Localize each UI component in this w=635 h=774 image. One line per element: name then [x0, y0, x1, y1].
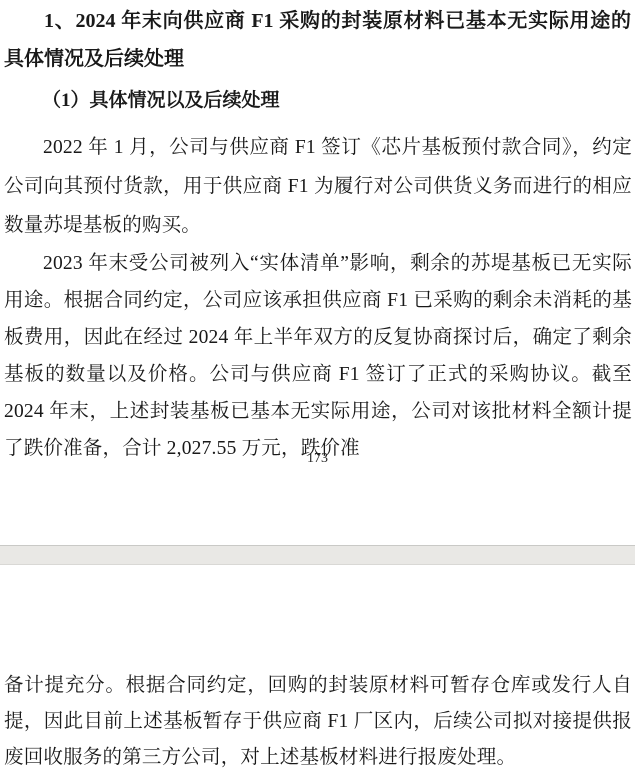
page-break-divider	[0, 545, 635, 565]
sub-heading: （1）具体情况以及后续处理	[4, 88, 631, 114]
section-heading: 1、2024 年末向供应商 F1 采购的封装原材料已基本无实际用途的具体情况及后…	[4, 2, 631, 78]
document-viewer: 1、2024 年末向供应商 F1 采购的封装原材料已基本无实际用途的具体情况及后…	[0, 0, 635, 774]
page-number: 173	[0, 451, 635, 467]
paragraph-contract-signing: 2022 年 1 月，公司与供应商 F1 签订《芯片基板预付款合同》，约定公司向…	[4, 128, 632, 245]
paragraph-entity-list-impact: 2023 年末受公司被列入“实体清单”影响，剩余的苏堤基板已无实际用途。根据合同…	[4, 245, 632, 467]
paragraph-scrap-disposal-continued: 备计提充分。根据合同约定，回购的封装原材料可暂存仓库或发行人自提，因此目前上述基…	[4, 668, 632, 774]
